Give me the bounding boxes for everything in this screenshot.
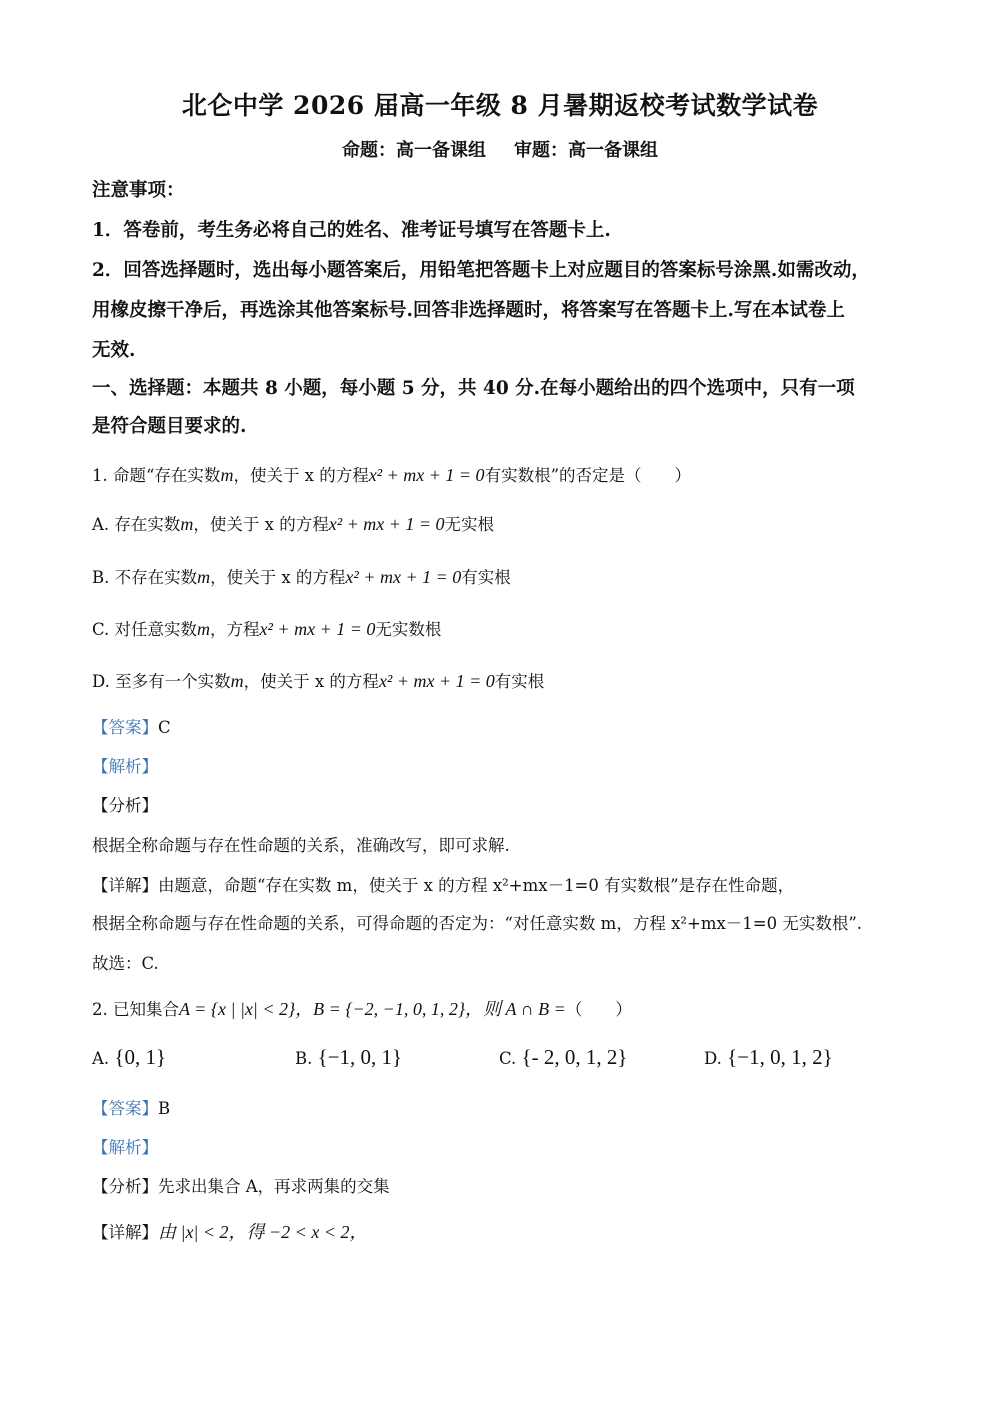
- question-2-option-d: D. {−1, 0, 1, 2}: [704, 1045, 833, 1070]
- question-1-stem: 1. 命题“存在实数m，使关于 x 的方程x² + mx + 1 = 0有实数根…: [92, 462, 691, 486]
- answer-value: B: [158, 1099, 170, 1118]
- notice-item: 无效.: [92, 336, 135, 362]
- author-label: 命题：高一备课组: [342, 140, 486, 161]
- page-title: 北仑中学 2026 届高一年级 8 月暑期返校考试数学试卷: [0, 86, 1000, 122]
- question-1-detail: 【详解】由题意，命题“存在实数 m，使关于 x 的方程 x²+mx－1=0 有实…: [92, 872, 794, 896]
- answer-value: C: [158, 718, 171, 737]
- page-subtitle: 命题：高一备课组审题：高一备课组: [0, 136, 1000, 162]
- section-heading: 一、选择题：本题共 8 小题，每小题 5 分，共 40 分.在每小题给出的四个选…: [92, 374, 855, 400]
- question-2-fenxi: 【分析】先求出集合 A，再求两集的交集: [92, 1173, 390, 1197]
- equation: x² + mx + 1 = 0: [369, 465, 485, 485]
- question-2-analysis-label: 【解析】: [92, 1134, 158, 1158]
- answer-label: 【答案】: [92, 718, 158, 737]
- question-2-detail: 【详解】由 |x| < 2，得 −2 < x < 2，: [92, 1218, 367, 1244]
- question-1-option-b: B. 不存在实数m，使关于 x 的方程x² + mx + 1 = 0有实根: [92, 564, 511, 588]
- question-1-analysis-label: 【解析】: [92, 753, 158, 777]
- reviewer-label: 审题：高一备课组: [514, 140, 658, 161]
- notice-item: 用橡皮擦干净后，再选涂其他答案标号.回答非选择题时，将答案写在答题卡上.写在本试…: [92, 296, 845, 322]
- question-1-option-c: C. 对任意实数m，方程x² + mx + 1 = 0无实数根: [92, 616, 441, 640]
- question-1-fenxi-label: 【分析】: [92, 792, 158, 816]
- question-1-conclusion: 故选：C.: [92, 950, 159, 974]
- question-1-answer: 【答案】C: [92, 714, 171, 738]
- question-1-fenxi-text: 根据全称命题与存在性命题的关系，准确改写，即可求解.: [92, 832, 510, 856]
- question-2-option-a: A. {0, 1}: [92, 1045, 166, 1070]
- question-2-stem: 2. 已知集合A = {x | |x| < 2}，B = {−2, −1, 0,…: [92, 995, 632, 1021]
- exam-page: 北仑中学 2026 届高一年级 8 月暑期返校考试数学试卷 命题：高一备课组审题…: [0, 0, 1000, 1414]
- answer-label: 【答案】: [92, 1099, 158, 1118]
- equation: A = {x | |x| < 2}，B = {−2, −1, 0, 1, 2}，…: [179, 999, 566, 1019]
- question-1-option-a: A. 存在实数m，使关于 x 的方程x² + mx + 1 = 0无实根: [92, 511, 494, 535]
- question-1-option-d: D. 至多有一个实数m，使关于 x 的方程x² + mx + 1 = 0有实根: [92, 668, 544, 692]
- question-2-option-b: B. {−1, 0, 1}: [295, 1045, 402, 1070]
- question-2-answer: 【答案】B: [92, 1095, 170, 1119]
- question-2-option-c: C. {- 2, 0, 1, 2}: [499, 1045, 627, 1070]
- notice-heading: 注意事项：: [92, 176, 185, 202]
- notice-item: 2．回答选择题时，选出每小题答案后，用铅笔把答题卡上对应题目的答案标号涂黑.如需…: [92, 256, 870, 282]
- section-heading-cont: 是符合题目要求的.: [92, 412, 246, 438]
- notice-item: 1．答卷前，考生务必将自己的姓名、准考证号填写在答题卡上.: [92, 216, 611, 242]
- question-1-detail-cont: 根据全称命题与存在性命题的关系，可得命题的否定为：“对任意实数 m，方程 x²+…: [92, 910, 862, 934]
